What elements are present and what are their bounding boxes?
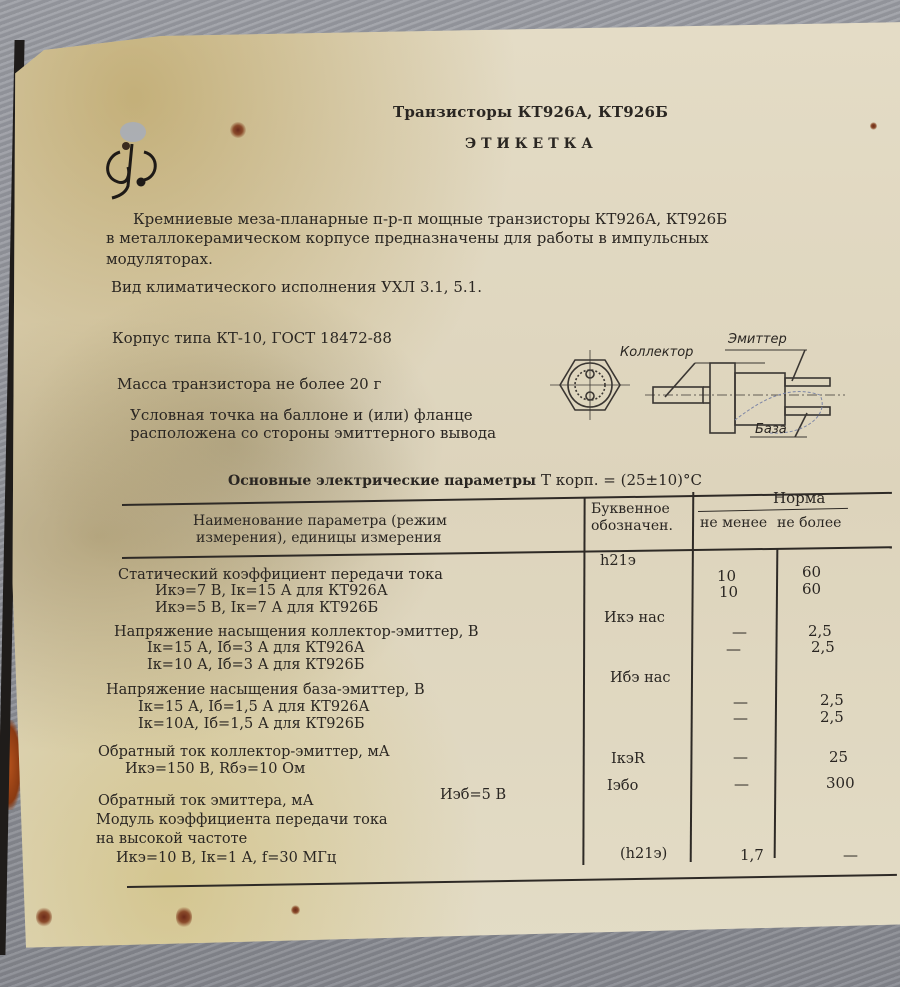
row-5-min: — (734, 775, 749, 793)
row-1b-max: 60 (802, 580, 821, 598)
row-3a-max: 2,5 (820, 691, 844, 709)
row-1-cond-b: Икэ=5 В, Iк=7 А для КТ926Б (155, 600, 378, 617)
row-4-symbol: IкэR (611, 751, 645, 768)
rust-stain (291, 905, 300, 915)
row-4-name: Обратный ток коллектор-эмиттер, мА (98, 744, 390, 761)
row-6-max: — (843, 846, 858, 864)
row-1b-min: 10 (719, 583, 738, 601)
header-symbol-line-1: Буквенное (591, 501, 670, 517)
row-4-max: 25 (829, 748, 848, 766)
document-subtitle: ЭТИКЕТКА (465, 136, 598, 152)
row-2-cond-a: Iк=15 А, Iб=3 А для КТ926А (147, 640, 365, 657)
row-1-symbol: h21э (600, 553, 636, 570)
header-min: не менее (700, 515, 767, 531)
marking-note-line-2: расположена со стороны эмиттерного вывод… (130, 424, 496, 442)
collector-label: Коллектор (620, 345, 693, 360)
row-1a-max: 60 (802, 563, 821, 581)
row-2-cond-b: Iк=10 А, Iб=3 А для КТ926Б (147, 657, 364, 674)
rust-stain (176, 906, 192, 928)
header-name-line-2: измерения), единицы измерения (196, 530, 442, 546)
row-3-cond-b: Iк=10А, Iб=1,5 А для КТ926Б (138, 716, 365, 733)
row-3b-min: — (733, 709, 748, 727)
rust-stain (36, 907, 52, 927)
row-3-cond-a: Iк=15 А, Iб=1,5 А для КТ926А (138, 699, 370, 716)
header-norm: Норма (773, 490, 825, 506)
description-line-3: модуляторах. (106, 250, 213, 268)
row-5-symbol: Iэбо (607, 778, 638, 795)
row-4-min: — (733, 748, 748, 766)
marking-note-line-1: Условная точка на баллоне и (или) фланце (130, 406, 473, 424)
transistor-drawing-icon (545, 325, 855, 455)
header-symbol-line-2: обозначен. (591, 518, 673, 534)
manufacturer-logo-icon (100, 122, 180, 202)
row-2b-min: — (726, 640, 741, 658)
row-6-cond: Икэ=10 В, Iк=1 А, f=30 МГц (116, 850, 336, 867)
row-4-cond: Икэ=150 В, Rбэ=10 Ом (125, 761, 305, 778)
row-6-name-line-2: на высокой частоте (96, 831, 247, 848)
header-name-line-1: Наименование параметра (режим (193, 513, 447, 529)
row-2-symbol: Икэ нас (604, 610, 665, 627)
row-6-name-line-1: Модуль коэффициента передачи тока (96, 812, 388, 829)
header-max: не более (777, 515, 841, 531)
rust-stain (870, 122, 877, 130)
parameters-title: Основные электрические параметры Т корп.… (228, 471, 702, 489)
row-1-cond-a: Икэ=7 В, Iк=15 А для КТ926А (155, 583, 388, 600)
row-2-name: Напряжение насыщения коллектор-эмиттер, … (114, 624, 479, 641)
row-5-cond: Иэб=5 В (440, 787, 506, 804)
row-3-name: Напряжение насыщения база-эмиттер, В (106, 682, 425, 699)
rust-stain (230, 122, 246, 138)
emitter-label: Эмиттер (728, 332, 787, 347)
row-3-symbol: Ибэ нас (610, 670, 671, 687)
parameters-title-text: Основные электрические параметры (228, 473, 536, 489)
parameters-condition: Т корп. = (25±10)°С (541, 471, 702, 489)
row-3b-max: 2,5 (820, 708, 844, 726)
description-line-1: Кремниевые меза-планарные п-р-п мощные т… (133, 210, 727, 228)
row-2b-max: 2,5 (811, 638, 835, 656)
transistor-diagram: Коллектор Эмиттер База (545, 325, 855, 455)
document-title: Транзисторы КТ926А, КТ926Б (393, 103, 668, 121)
row-6-symbol: (h21э) (620, 846, 667, 863)
description-line-2: в металлокерамическом корпусе предназнач… (106, 229, 709, 247)
row-6-min: 1,7 (740, 846, 764, 864)
row-2a-min: — (732, 623, 747, 641)
base-label: База (755, 422, 787, 437)
housing-spec: Корпус типа КТ-10, ГОСТ 18472-88 (112, 329, 392, 347)
row-5-name: Обратный ток эмиттера, мА (98, 793, 314, 810)
climate-spec: Вид климатического исполнения УХЛ 3.1, 5… (111, 278, 482, 296)
mass-spec: Масса транзистора не более 20 г (117, 375, 381, 393)
row-5-max: 300 (826, 774, 855, 792)
row-1-name: Статический коэффициент передачи тока (118, 567, 443, 584)
